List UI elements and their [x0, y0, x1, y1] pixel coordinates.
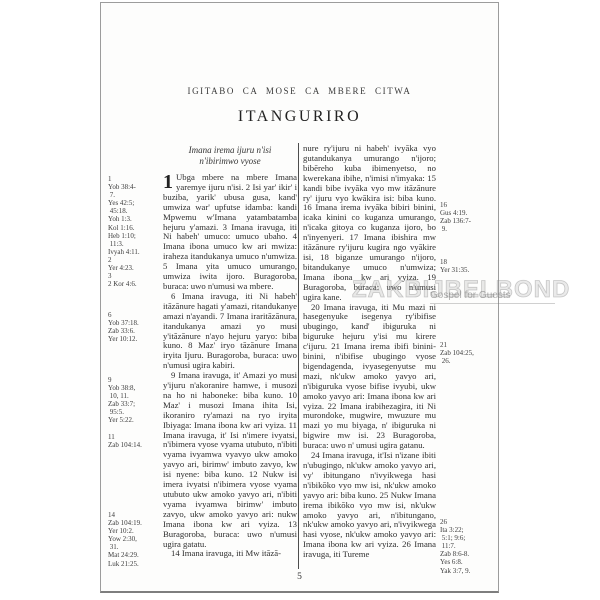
chapter-number-dropcap: 1 [163, 173, 176, 191]
cross-reference-line: 26 [440, 518, 470, 526]
watermark-tagline: Gospel for Guests [430, 290, 511, 301]
cross-reference-line: Yob 37:18. [108, 319, 139, 327]
text-column-left: 1Ubga mbere na mbere Imana yaremye ijuru… [163, 173, 297, 559]
cross-reference-group: 18Yer 31:35. [440, 258, 469, 274]
cross-reference-line: Yob 38:8, [108, 384, 135, 392]
cross-reference-group: 16Gus 4:19.Zab 136:7- 9. [440, 201, 471, 233]
cross-reference-group: 1Yob 38:4- 7.Yes 42:5; 45:18.Yoh 1:3.Kol… [108, 175, 140, 288]
scanned-bible-page: { "page": { "book_header": "IGITABO CA M… [0, 0, 600, 600]
cross-reference-line: Yes 6:8. [440, 558, 470, 566]
cross-reference-line: 9. [440, 225, 471, 233]
section-heading: Imana irema ijuru n'isin'ibirimwo vyose [163, 145, 297, 166]
verse-paragraph: 14 Imana iravuga, iti Mw itāzā- [163, 549, 297, 559]
cross-reference-line: 95:5. [108, 408, 135, 416]
cross-reference-line: Yow 2:30, [108, 535, 142, 543]
cross-reference-line: Zab 104:19. [108, 519, 142, 527]
cross-reference-group: 11Zab 104:14. [108, 433, 142, 449]
cross-reference-line: 2 Kor 4:6. [108, 280, 140, 288]
section-heading-line: n'ibirimwo vyose [163, 156, 297, 167]
cross-reference-line: 1 [108, 175, 140, 183]
cross-reference-line: 14 [108, 511, 142, 519]
cross-reference-line: Zab 33:7; [108, 400, 135, 408]
cross-reference-line: 26. [440, 357, 474, 365]
verse-paragraph: 9 Imana iravuga, it' Amazi yo musi y'iju… [163, 371, 297, 549]
cross-reference-line: Yer 4:23. [108, 264, 140, 272]
cross-reference-margin-left: 1Yob 38:4- 7.Yes 42:5; 45:18.Yoh 1:3.Kol… [108, 3, 160, 591]
watermark-underline [430, 303, 555, 304]
text-column-right: nure ry'ijuru ni habeh' ivyāka vyo gutan… [303, 144, 436, 560]
cross-reference-line: Luk 21:25. [108, 560, 142, 568]
cross-reference-line: Yer 10:12. [108, 335, 139, 343]
cross-reference-line: Zab 104:25, [440, 349, 474, 357]
cross-reference-line: Zab 33:6. [108, 327, 139, 335]
cross-reference-line: 6 [108, 311, 139, 319]
cross-reference-line: Yoh 1:3. [108, 215, 140, 223]
cross-reference-line: 10, 11. [108, 392, 135, 400]
cross-reference-group: 9Yob 38:8, 10, 11.Zab 33:7; 95:5.Yer 5:2… [108, 376, 135, 425]
cross-reference-group: 26Ita 3:22; 5:1; 9:6; 11:7.Zab 8:6-8.Yes… [440, 518, 470, 575]
cross-reference-line: Mat 24:29. [108, 551, 142, 559]
cross-reference-line: Heb 1:10; [108, 232, 140, 240]
cross-reference-line: 5:1; 9:6; [440, 534, 470, 542]
verse-paragraph: 6 Imana iravuga, iti Ni habeh' itāzānure… [163, 292, 297, 371]
column-divider-rule [298, 143, 299, 569]
cross-reference-line: Yes 42:5; [108, 199, 140, 207]
verse-paragraph: 20 Imana iravuga, iti Mu mazi ni hasegen… [303, 303, 436, 452]
cross-reference-line: 18 [440, 258, 469, 266]
cross-reference-group: 21Zab 104:25, 26. [440, 341, 474, 365]
cross-reference-line: 11:3. [108, 240, 140, 248]
cross-reference-line: Yer 10:2. [108, 527, 142, 535]
cross-reference-line: Kol 1:16. [108, 224, 140, 232]
cross-reference-line: 11:7. [440, 542, 470, 550]
section-heading-line: Imana irema ijuru n'isi [163, 145, 297, 156]
cross-reference-line: 31. [108, 543, 142, 551]
page-number: 5 [101, 572, 498, 582]
cross-reference-line: 45:18. [108, 207, 140, 215]
cross-reference-line: Yob 38:4- [108, 183, 140, 191]
cross-reference-line: Yer 5:22. [108, 416, 135, 424]
cross-reference-line: 11 [108, 433, 142, 441]
cross-reference-line: Gus 4:19. [440, 209, 471, 217]
cross-reference-line: 16 [440, 201, 471, 209]
cross-reference-line: 9 [108, 376, 135, 384]
cross-reference-line: Yer 31:35. [440, 266, 469, 274]
cross-reference-line: 3 [108, 272, 140, 280]
verse-paragraph: 1Ubga mbere na mbere Imana yaremye ijuru… [163, 173, 297, 292]
cross-reference-line: Zab 136:7- [440, 217, 471, 225]
page-title: ITANGURIRO [101, 108, 498, 126]
cross-reference-line: Ita 3:22; [440, 526, 470, 534]
cross-reference-line: Ivyah 4:11. [108, 248, 140, 256]
cross-reference-line: Zab 8:6-8. [440, 550, 470, 558]
verse-paragraph: 24 Imana iravuga, it'Isi n'izane ibiti n… [303, 451, 436, 560]
cross-reference-line: 2 [108, 256, 140, 264]
cross-reference-line: Zab 104:14. [108, 441, 142, 449]
cross-reference-line: 21 [440, 341, 474, 349]
cross-reference-group: 14Zab 104:19.Yer 10:2.Yow 2:30, 31.Mat 2… [108, 511, 142, 568]
book-header: IGITABO CA MOSE CA MBERE CITWA [101, 86, 498, 96]
cross-reference-group: 6Yob 37:18.Zab 33:6.Yer 10:12. [108, 311, 139, 343]
cross-reference-line: 7. [108, 191, 140, 199]
